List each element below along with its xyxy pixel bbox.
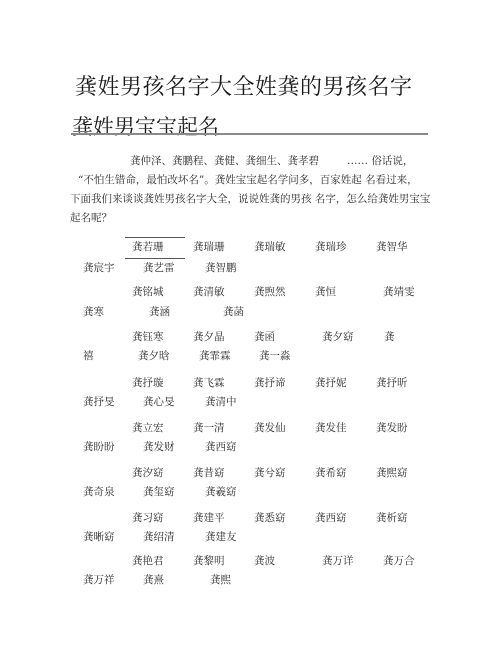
name-item: 龚立宏 [132,420,164,435]
name-item: 龚万详 [322,553,354,568]
name-item: 龚清中 [205,394,237,409]
intro-line-4: 起名呢？ [70,209,436,228]
name-item: 龚夕晗 [138,348,170,363]
name-item: 龚抒璇 [132,375,164,390]
name-item: 龚煦然 [254,284,286,299]
name-item: 龚西窈 [315,510,347,525]
name-item: 龚黎明 [193,553,225,568]
name-item: 龚抒旻 [83,394,115,409]
name-item: 龚羲窈 [205,484,237,499]
name-item: 龚万祥 [83,572,115,587]
name-item: 龚发仙 [254,420,286,435]
name-item: 龚析窈 [376,510,408,525]
name-item: 龚玺窈 [143,484,175,499]
intro-paragraph: 龚仲泽、龚鹏程、龚健、龚细生、龚孝碧…… 俗话说， “不怕生错命，最怕改坏名”。… [70,152,436,228]
name-item: 龚西窈 [205,439,237,454]
intro-tail: 俗话说， [371,155,413,167]
name-item: 龚宸宇 [83,260,115,275]
name-item: 龚艳君 [132,553,164,568]
subtitle-underline-divider [71,133,428,135]
name-item: 龚若珊 [132,239,164,254]
document-title: 龚姓男孩名字大全姓龚的男孩名字 [75,70,413,101]
name-item: 龚霏霖 [199,348,231,363]
name-item: 龚绍清 [143,529,175,544]
name-item: 龚建友 [205,529,237,544]
name-item: 龚兮窈 [254,465,286,480]
name-item: 龚恒 [315,284,336,299]
name-item: 龚一清 [193,420,225,435]
name-item: 龚汐窈 [132,465,164,480]
name-item: 龚智华 [376,239,408,254]
intro-line-3: 下面我们来谈谈龚姓男孩名字大全，说说姓龚的男孩 名字，怎么给龚姓男宝宝 [70,190,436,209]
name-item: 龚夕晶 [193,329,225,344]
name-item: 龚万合 [383,553,415,568]
name-item: 龚熹 [143,572,164,587]
name-item: 龚发盼 [376,420,408,435]
name-item: 龚钰寒 [132,329,164,344]
name-item: 龚熙 [210,572,231,587]
name-item: 龚夕窈 [322,329,354,344]
name-item: 龚瑞敏 [254,239,286,254]
name-item: 龚 [384,329,395,344]
name-item: 龚智鹏 [205,260,237,275]
name-item: 龚熙窈 [376,465,408,480]
name-item: 龚铭城 [132,284,164,299]
name-item: 龚菡 [223,304,244,319]
name-item: 龚瑞珍 [315,239,347,254]
name-item: 龚建平 [193,510,225,525]
intro-ellipsis: …… [347,155,368,167]
document-subtitle: 龚姓男宝宝起名 [72,111,219,141]
name-item: 龚抒谛 [254,375,286,390]
name-item: 龚心旻 [143,394,175,409]
name-item: 龚习窈 [132,510,164,525]
name-item: 龚瑞珊 [193,239,225,254]
name-item: 龚希窈 [315,465,347,480]
name-group-top-rule [125,237,185,238]
name-item: 龚抒昕 [376,375,408,390]
name-item: 龚发佳 [315,420,347,435]
name-item: 龚昔窈 [193,465,225,480]
name-item: 龚艺雷 [143,260,175,275]
intro-names: 龚仲泽、龚鹏程、龚健、龚细生、龚孝碧 [130,155,319,167]
name-item: 龚发财 [143,439,175,454]
name-item: 禧 [83,348,94,363]
name-item: 龚盼盼 [83,439,115,454]
name-item: 龚寒 [83,304,104,319]
name-item: 龚波 [254,553,275,568]
name-item: 龚函 [254,329,275,344]
name-item: 龚抒妮 [315,375,347,390]
name-item: 龚飞霖 [193,375,225,390]
intro-line-1: 龚仲泽、龚鹏程、龚健、龚细生、龚孝碧…… 俗话说， [70,152,436,171]
name-item: 龚涵 [149,304,170,319]
name-item: 龚晰窈 [83,529,115,544]
name-item: 龚清敏 [193,284,225,299]
name-item: 龚靖雯 [383,284,415,299]
name-group-mid-rule [125,258,185,259]
name-item: 龚一淼 [259,348,291,363]
name-item: 龚悉窈 [254,510,286,525]
name-item: 龚奇泉 [83,484,115,499]
intro-line-2: “不怕生错命，最怕改坏名”。龚姓宝宝起名学问多，百家姓起 名看过来， [70,171,436,190]
